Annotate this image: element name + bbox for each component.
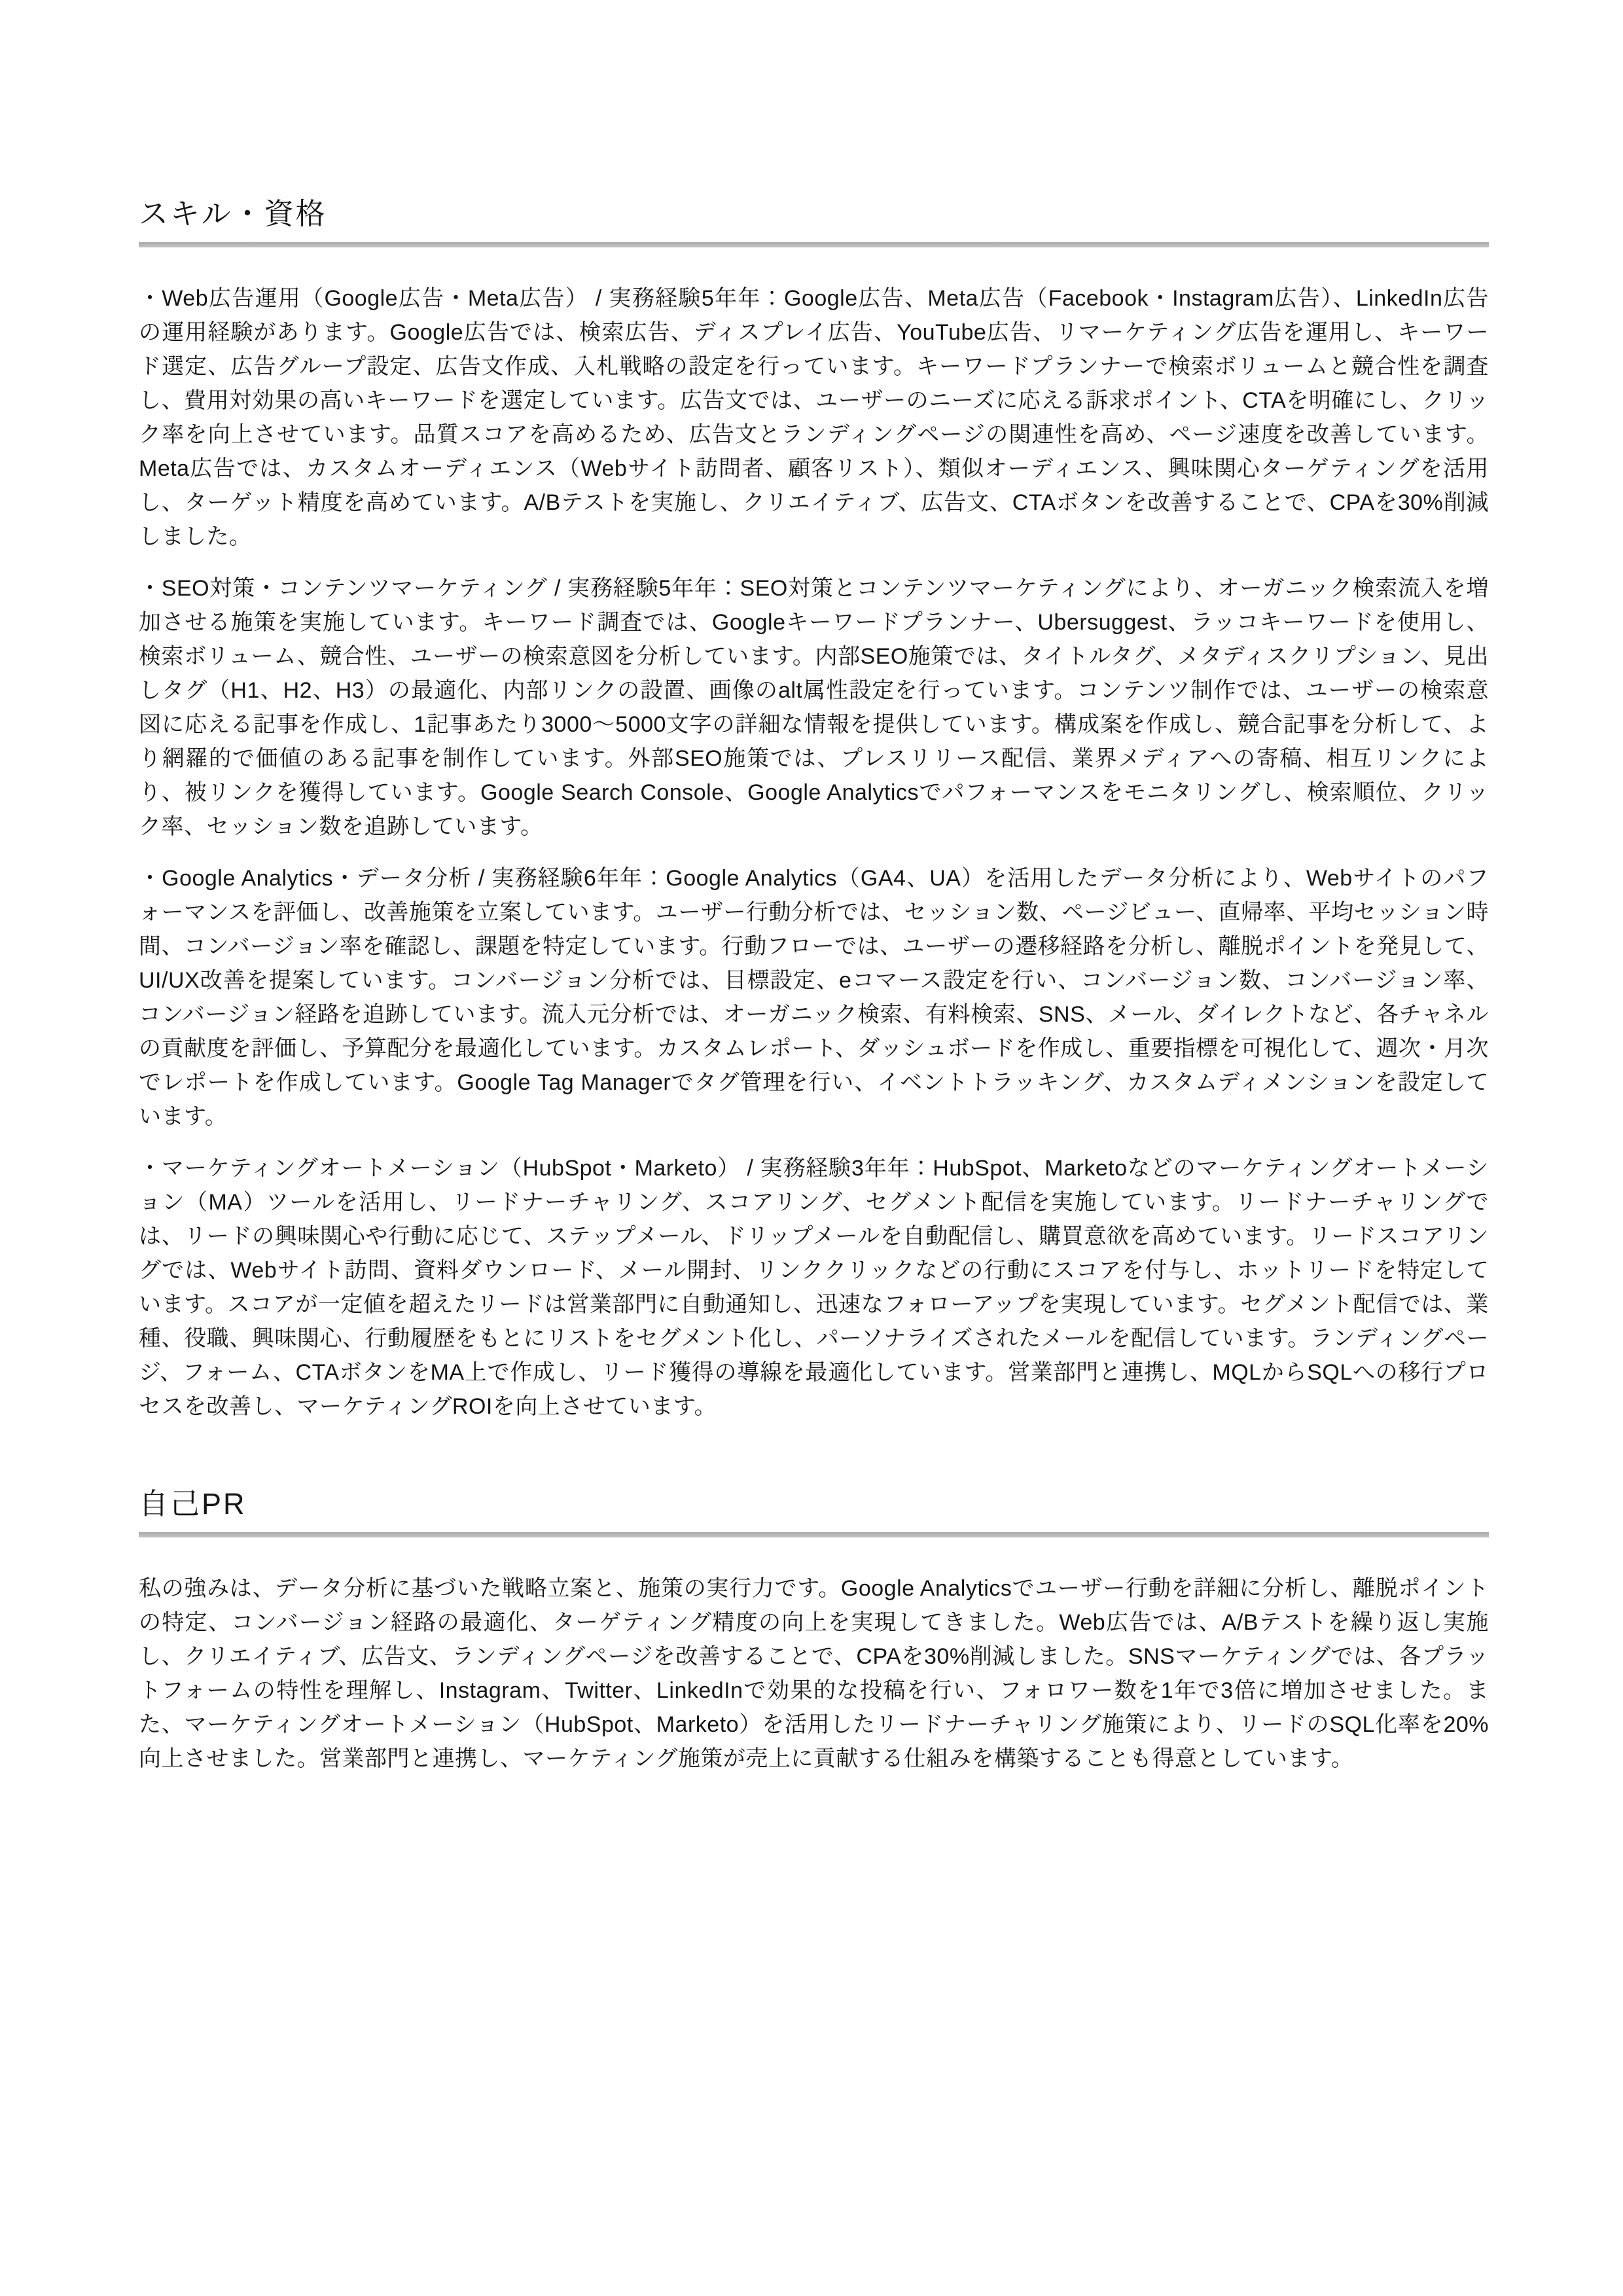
section-title-skills: スキル・資格	[139, 196, 1489, 232]
resume-page: スキル・資格 ・Web広告運用（Google広告・Meta広告） / 実務経験5…	[0, 0, 1623, 2296]
self-pr-paragraph: 私の強みは、データ分析に基づいた戦略立案と、施策の実行力です。Google An…	[139, 1571, 1489, 1776]
skills-paragraph-web-ads: ・Web広告運用（Google広告・Meta広告） / 実務経験5年年：Goog…	[139, 281, 1489, 554]
section-skills: スキル・資格 ・Web広告運用（Google広告・Meta広告） / 実務経験5…	[139, 196, 1489, 1424]
section-title-self-pr: 自己PR	[139, 1486, 1489, 1522]
section-self-pr: 自己PR 私の強みは、データ分析に基づいた戦略立案と、施策の実行力です。Goog…	[139, 1486, 1489, 1776]
section-divider	[139, 242, 1489, 247]
skills-paragraph-analytics: ・Google Analytics・データ分析 / 実務経験6年年：Google…	[139, 861, 1489, 1134]
skills-paragraph-seo: ・SEO対策・コンテンツマーケティング / 実務経験5年年：SEO対策とコンテン…	[139, 571, 1489, 844]
skills-paragraph-marketing-automation: ・マーケティングオートメーション（HubSpot・Marketo） / 実務経験…	[139, 1151, 1489, 1424]
section-divider	[139, 1532, 1489, 1537]
